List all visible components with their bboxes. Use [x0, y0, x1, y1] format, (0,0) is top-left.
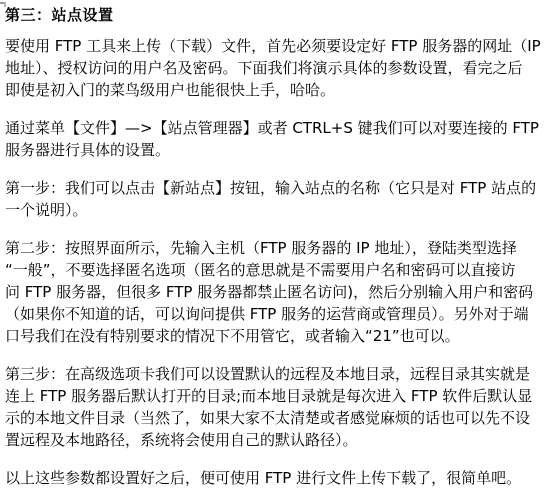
text-line: 以上这些参数都设置好之后，便可使用 FTP 进行文件上传下载了，很简单吧。 [5, 467, 554, 489]
document-page: 第三：站点设置 要使用 FTP 工具来上传（下载）文件，首先必须要设定好 FTP… [0, 0, 558, 497]
text-line: 地址）、授权访问的用户名及密码。下面我们将演示具体的参数设置，看完之后 [5, 57, 554, 79]
text-line: 通过菜单【文件】—>【站点管理器】或者 CTRL+S 键我们可以对要连接的 FT… [5, 117, 554, 139]
text-line: 口号我们在没有特别要求的情况下不用管它，或者输入“21”也可以。 [5, 325, 554, 347]
paragraph-step-2: 第二步：按照界面所示，先输入主机（FTP 服务器的 IP 地址），登陆类型选择 … [5, 237, 554, 347]
paragraph-closing: 以上这些参数都设置好之后，便可使用 FTP 进行文件上传下载了，很简单吧。 [5, 467, 554, 489]
page-title: 第三：站点设置 [5, 4, 554, 26]
paragraph-step-1: 第一步：我们可以点击【新站点】按钮，输入站点的名称（它只是对 FTP 站点的 一… [5, 177, 554, 221]
text-line: 问 FTP 服务器，但很多 FTP 服务器都禁止匿名访问)，然后分别输入用户和密… [5, 281, 554, 303]
text-line: 连上 FTP 服务器后默认打开的目录;而本地目录就是每次进入 FTP 软件后默认… [5, 385, 554, 407]
text-line: 要使用 FTP 工具来上传（下载）文件，首先必须要设定好 FTP 服务器的网址（… [5, 35, 554, 57]
text-line: “一般”，不要选择匿名选项（匿名的意思就是不需要用户名和密码可以直接访 [5, 259, 554, 281]
text-line: 服务器进行具体的设置。 [5, 139, 554, 161]
paragraph-step-3: 第三步：在高级选项卡我们可以设置默认的远程及本地目录，远程目录其实就是 连上 F… [5, 363, 554, 451]
text-line: 示的本地文件目录（当然了，如果大家不太清楚或者感觉麻烦的话也可以先不设 [5, 407, 554, 429]
text-line: 置远程及本地路径，系统将会使用自己的默认路径）。 [5, 429, 554, 451]
text-line: 即使是初入门的菜鸟级用户也能很快上手，哈哈。 [5, 79, 554, 101]
text-line: 一个说明）。 [5, 199, 554, 221]
text-line: 第三步：在高级选项卡我们可以设置默认的远程及本地目录，远程目录其实就是 [5, 363, 554, 385]
crop-artifact [4, 2, 6, 7]
paragraph-intro: 要使用 FTP 工具来上传（下载）文件，首先必须要设定好 FTP 服务器的网址（… [5, 35, 554, 101]
paragraph-menu-path: 通过菜单【文件】—>【站点管理器】或者 CTRL+S 键我们可以对要连接的 FT… [5, 117, 554, 161]
text-line: 第一步：我们可以点击【新站点】按钮，输入站点的名称（它只是对 FTP 站点的 [5, 177, 554, 199]
text-line: 第二步：按照界面所示，先输入主机（FTP 服务器的 IP 地址），登陆类型选择 [5, 237, 554, 259]
text-line: （如果你不知道的话，可以询问提供 FTP 服务的运营商或管理员）。另外对于端 [5, 303, 554, 325]
